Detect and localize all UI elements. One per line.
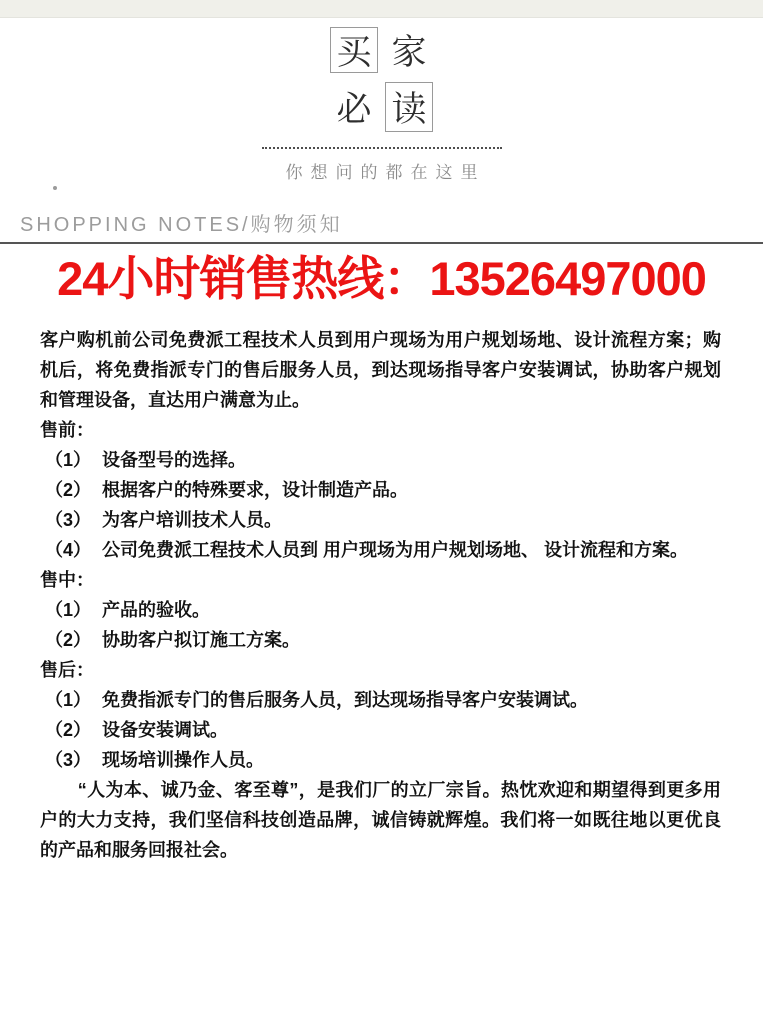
closing-paragraph: “人为本、诚乃金、客至尊”，是我们厂的立厂宗旨。热忱欢迎和期望得到更多用户的大力… [40,775,721,865]
item-number: （3） [40,745,102,775]
list-item: （1） 设备型号的选择。 [40,445,721,475]
section-title-aftersale: 售后： [40,655,721,685]
section-title-presale: 售前： [40,415,721,445]
item-text: 为客户培训技术人员。 [102,505,721,535]
tagline: 你想问的都在这里 [0,158,763,183]
list-item: （3） 为客户培训技术人员。 [40,505,721,535]
list-item: （2） 协助客户拟订施工方案。 [40,625,721,655]
item-text: 免费指派专门的售后服务人员，到达现场指导客户安装调试。 [102,685,721,715]
title-row-1: 买 家 [330,27,433,73]
list-item: （2） 根据客户的特殊要求，设计制造产品。 [40,475,721,505]
list-item: （4） 公司免费派工程技术人员到 用户现场为用户规划场地、 设计流程和方案。 [40,535,721,565]
item-number: （1） [40,445,102,475]
item-text: 协助客户拟订施工方案。 [102,625,721,655]
item-number: （1） [40,595,102,625]
list-item: （3） 现场培训操作人员。 [40,745,721,775]
item-text: 设备安装调试。 [102,715,721,745]
buyer-notes-page: 买 家 必 读 你想问的都在这里 SHOPPING NOTES/购物须知 24小… [0,0,763,1024]
item-number: （2） [40,715,102,745]
item-text: 根据客户的特殊要求，设计制造产品。 [102,475,721,505]
service-notes: 客户购机前公司免费派工程技术人员到用户现场为用户规划场地、设计流程方案；购机后，… [0,308,763,865]
page-title: 买 家 必 读 [0,27,763,132]
item-text: 产品的验收。 [102,595,721,625]
item-number: （1） [40,685,102,715]
section-title-midsale: 售中： [40,565,721,595]
title-char-boxed: 买 [330,27,378,73]
list-item: （1） 产品的验收。 [40,595,721,625]
decorative-dot [53,186,57,190]
title-char-boxed: 读 [385,82,433,132]
item-text: 公司免费派工程技术人员到 用户现场为用户规划场地、 设计流程和方案。 [102,535,721,565]
item-text: 现场培训操作人员。 [102,745,721,775]
dotted-divider [262,147,502,149]
intro-paragraph: 客户购机前公司免费派工程技术人员到用户现场为用户规划场地、设计流程方案；购机后，… [40,325,721,415]
item-number: （2） [40,475,102,505]
horizontal-rule [0,242,763,244]
sales-hotline: 24小时销售热线：13526497000 [0,250,763,308]
list-item: （2） 设备安装调试。 [40,715,721,745]
item-text: 设备型号的选择。 [102,445,721,475]
list-item: （1） 免费指派专门的售后服务人员，到达现场指导客户安装调试。 [40,685,721,715]
item-number: （4） [40,535,102,565]
section-label: SHOPPING NOTES/购物须知 [20,213,763,237]
item-number: （3） [40,505,102,535]
item-number: （2） [40,625,102,655]
title-row-2: 必 读 [330,82,433,132]
title-char: 必 [330,82,378,132]
title-char: 家 [385,27,433,73]
top-divider-strip [0,0,763,18]
